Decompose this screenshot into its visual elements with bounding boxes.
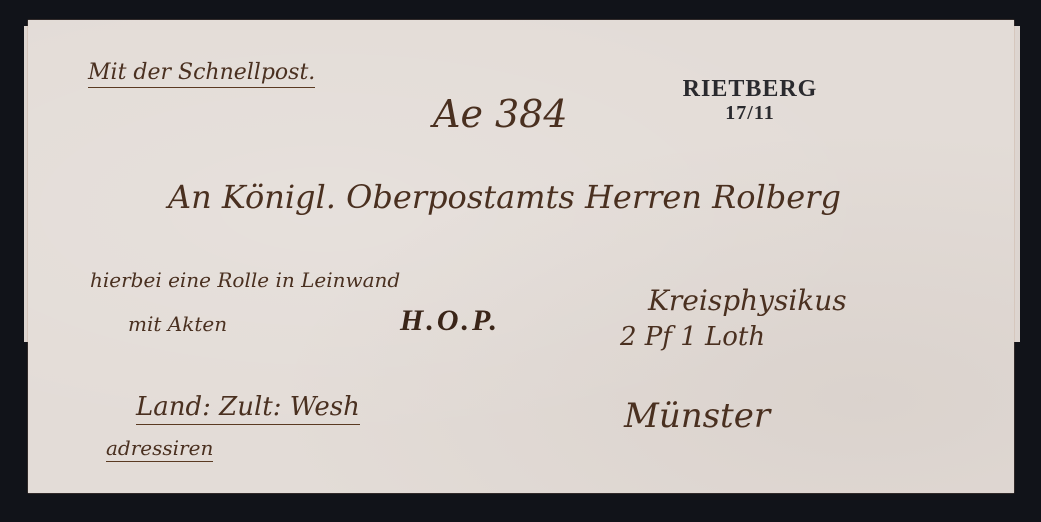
contents-line-1: hierbei eine Rolle in Leinwand [90,268,400,292]
weight-note: 2 Pf 1 Loth [620,322,765,352]
footer-line-1: Land: Zult: Wesh [136,392,360,425]
hop-mark: H.O.P. [400,304,500,338]
address-line: An Königl. Oberpostamts Herren Rolberg [168,178,841,216]
postmark-date: 17/11 [660,102,840,124]
rietberg-postmark: RIETBERG 17/11 [660,76,840,124]
registration-number: Ae 384 [433,92,568,136]
contents-line-2: mit Akten [128,312,227,336]
destination: Münster [624,396,770,436]
route-note: Mit der Schnellpost. [88,60,315,88]
footer-line-2: adressiren [106,436,213,462]
letter-cover: Mit der Schnellpost. Ae 384 RIETBERG 17/… [28,20,1014,493]
postmark-town: RIETBERG [660,76,840,102]
sender-label: Kreisphysikus [648,284,847,317]
